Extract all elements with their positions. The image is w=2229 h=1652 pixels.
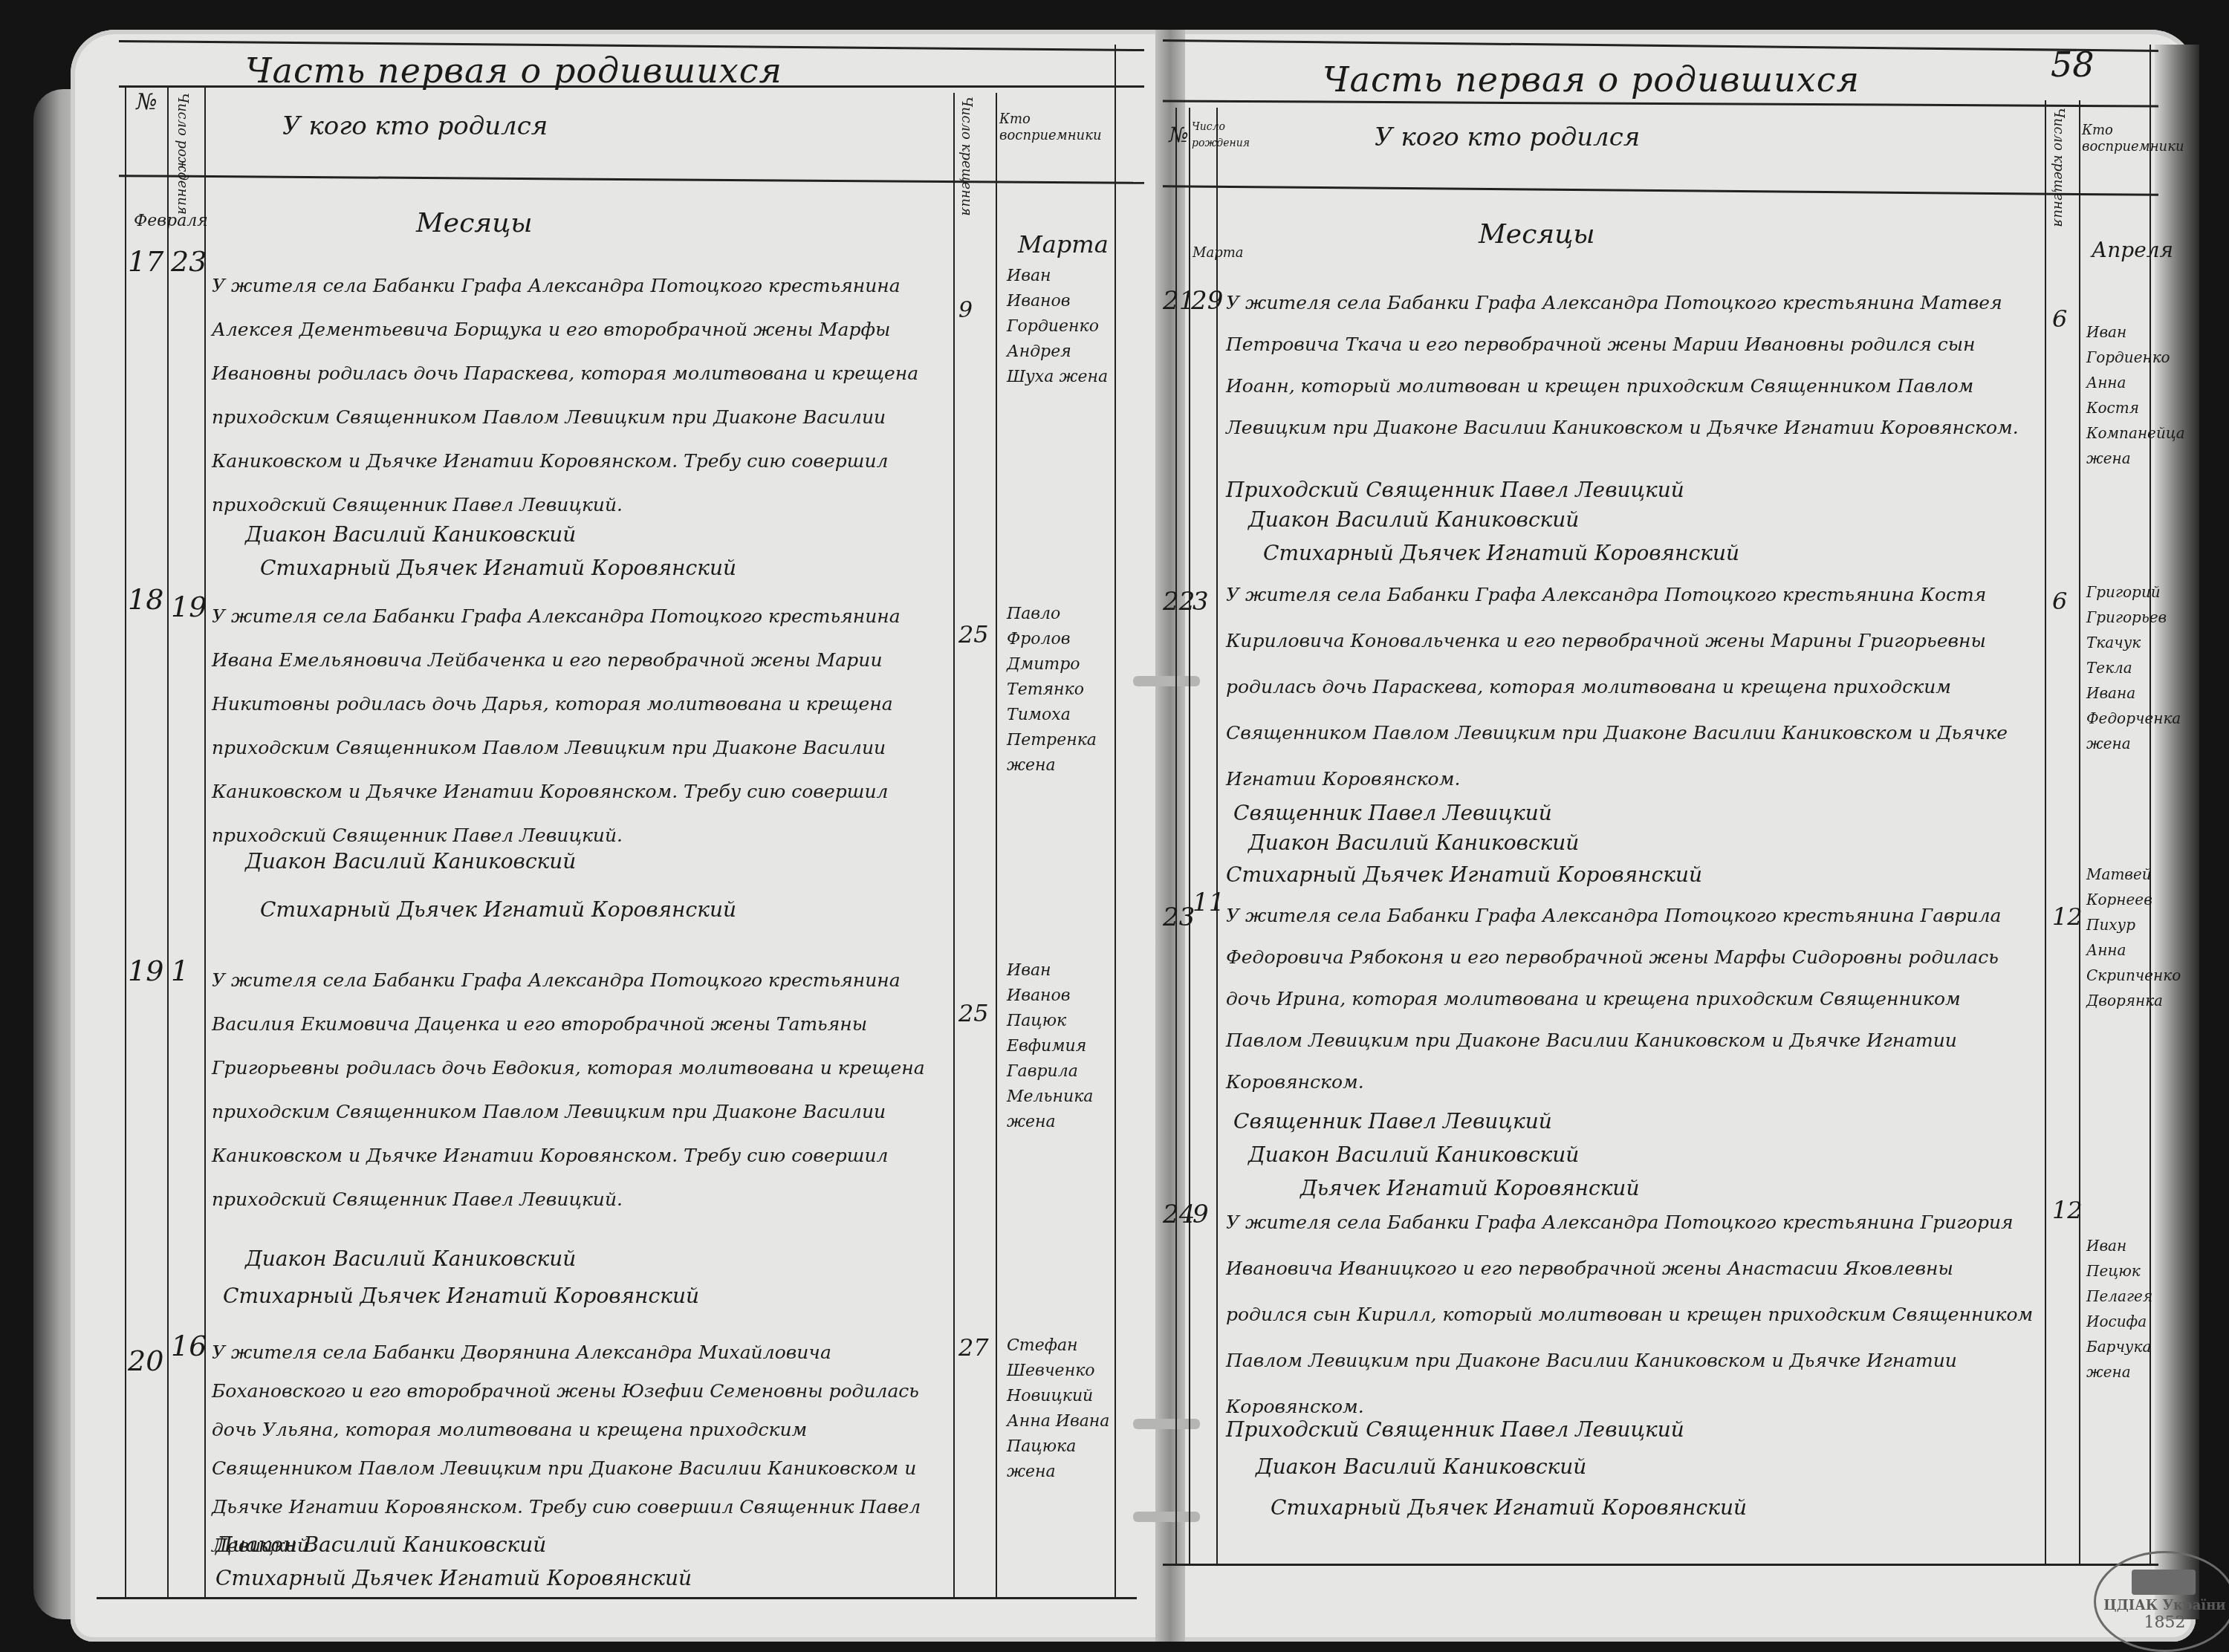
godparent: Андрея Шуха жена [1007,339,1111,390]
left-col-number-header: № [134,89,160,115]
godparent: Анна Костя Компанейца жена [2086,370,2149,471]
godparent: Иван Пецюк [2086,1233,2149,1284]
signature: Диакон Василий Каниковский [1256,1454,1586,1479]
signature: Диакон Василий Каниковский [245,849,576,874]
godparent: Стефан Шевченко [1007,1333,1111,1384]
signature: Диакон Василий Каниковский [1248,507,1579,532]
entry-birth-day: 23 [171,245,207,278]
signature: Стихарный Дьячек Игнатий Коровянский [260,897,736,922]
entry-text: У жителя села Бабанки Графа Александра П… [212,264,947,527]
signature: Стихарный Дьячек Игнатий Коровянский [215,1566,692,1590]
signature: Стихарный Дьячек Игнатий Коровянский [1226,862,1702,887]
entry-birth-day: 11 [1193,888,1224,917]
godparent: Новицкий Анна Ивана Пацюка жена [1007,1384,1111,1485]
entry-number: 23 [1163,903,1195,932]
right-godparent-month: Апреля [2092,238,2173,262]
col-divider [167,85,169,1597]
entry-text: У жителя села Бабанки Графа Александра П… [1226,895,2036,1103]
godparent: Григорий Григорьев Ткачук [2086,579,2149,655]
right-col-who-born-header: У кого кто родился [1375,123,1640,152]
signature: Приходский Священник Павел Левицкий [1226,1417,1684,1442]
signature: Диакон Василий Каниковский [245,522,576,547]
left-godparent-month: Марта [1018,230,1109,258]
godparent: Иван Гордиенко [2086,319,2149,370]
left-page-title: Часть первая о родившихся [245,51,782,91]
godparent: Павло Фролов Дмитро Тетянко [1007,602,1111,703]
godparent: Пелагея Иосифа Барчука жена [2086,1284,2149,1385]
godparent: Евфимия Гаврила Мельника жена [1007,1034,1111,1135]
entry-number: 18 [128,583,163,616]
right-section-label: Месяцы [1479,219,1595,250]
entry-text: У жителя села Бабанки Графа Александра П… [1226,282,2036,449]
left-col-birth-date-header: Число рождения [175,93,190,215]
entry-text: У жителя села Бабанки Графа Александра П… [212,594,947,857]
signature: Диакон Василий Каниковский [1248,830,1579,855]
entry-birth-day: 19 [171,591,207,623]
col-divider [953,93,955,1597]
entry-baptism-day: 25 [958,620,989,648]
left-birth-month: Февраля [134,212,208,230]
signature: Стихарный Дьячек Игнатий Коровянский [223,1284,699,1308]
entry-baptism-day: 6 [2052,587,2067,615]
right-page-title: Часть первая о родившихся [1323,59,1860,100]
signature: Диакон Василий Каниковский [245,1246,576,1271]
entry-baptism-day: 12 [2052,903,2083,931]
stamp-archive-name: ЦДІАК України [2096,1598,2229,1613]
entry-number: 22 [1163,587,1195,617]
col-divider [1216,108,1218,1564]
stamp-year: 1852 [2096,1613,2229,1632]
entry-number: 21 [1163,286,1195,316]
right-col-birth-date-header: Число рождения [1192,119,1216,152]
right-birth-month: Марта [1193,245,1243,261]
signature: Диакон Василий Каниковский [215,1532,546,1557]
col-divider [1189,108,1190,1564]
left-col-baptism-date-header: Число крещения [958,97,974,216]
signature: Диакон Василий Каниковский [1248,1142,1579,1167]
right-col-godparents-header: Кто восприемники [2082,123,2149,155]
entry-text: У жителя села Бабанки Графа Александра П… [212,958,947,1221]
entry-baptism-day: 27 [958,1333,989,1362]
entry-text: У жителя села Бабанки Графа Александра П… [1226,572,2036,802]
godparent: Тимоха Петренка жена [1007,703,1111,778]
left-col-godparents-header: Кто восприемники [999,111,1111,144]
left-col-who-born-header: У кого кто родился [282,111,548,141]
right-col-baptism-date-header: Число крещения [2051,108,2066,227]
book-spine [1155,30,1185,1642]
signature: Стихарный Дьячек Игнатий Коровянский [1271,1495,1747,1520]
col-divider [125,85,126,1597]
archive-stamp: ЦДІАК України 1852 [2094,1551,2229,1652]
godparent: Матвей Корнеев Пихур [2086,862,2149,937]
entry-number: 24 [1163,1200,1195,1229]
entry-baptism-day: 12 [2052,1196,2083,1224]
left-section-label: Месяцы [416,208,533,238]
signature: Стихарный Дьячек Игнатий Коровянский [260,556,736,580]
signature: Дьячек Игнатий Коровянский [1300,1176,1639,1200]
col-divider [204,85,206,1597]
book-icon [2132,1570,2196,1595]
col-divider [2045,100,2046,1564]
godparent: Иван Иванов Пацюк [1007,958,1111,1034]
col-divider [2149,45,2151,1564]
col-divider [2079,100,2080,1564]
book-edge-right [2155,45,2199,1619]
godparent: Текла Ивана Федорченка жена [2086,655,2149,756]
entry-birth-day: 1 [171,955,189,987]
col-divider [1175,108,1177,1564]
signature: Священник Павел Левицкий [1233,1109,1552,1134]
entry-baptism-day: 6 [2052,305,2067,333]
entry-number: 19 [128,955,163,987]
rule-line [1163,1564,2158,1566]
entry-baptism-day: 25 [958,999,989,1027]
entry-birth-day: 9 [1193,1200,1209,1229]
signature: Стихарный Дьячек Игнатий Коровянский [1263,541,1739,565]
col-divider [1114,45,1116,1597]
godparent: Иван Иванов Гордиенко [1007,264,1111,339]
godparent: Анна Скрипченко Дворянка [2086,937,2149,1013]
entry-birth-day: 16 [171,1330,207,1362]
right-col-number-header: № [1167,123,1191,147]
entry-birth-day: 29 [1191,286,1223,316]
entry-number: 20 [128,1344,163,1377]
folio-number: 58 [2051,45,2095,85]
entry-text: У жителя села Бабанки Графа Александра П… [1226,1200,2036,1430]
col-divider [996,93,997,1597]
entry-number: 17 [128,245,163,278]
entry-baptism-day: 9 [958,297,973,323]
entry-birth-day: 3 [1193,587,1209,617]
